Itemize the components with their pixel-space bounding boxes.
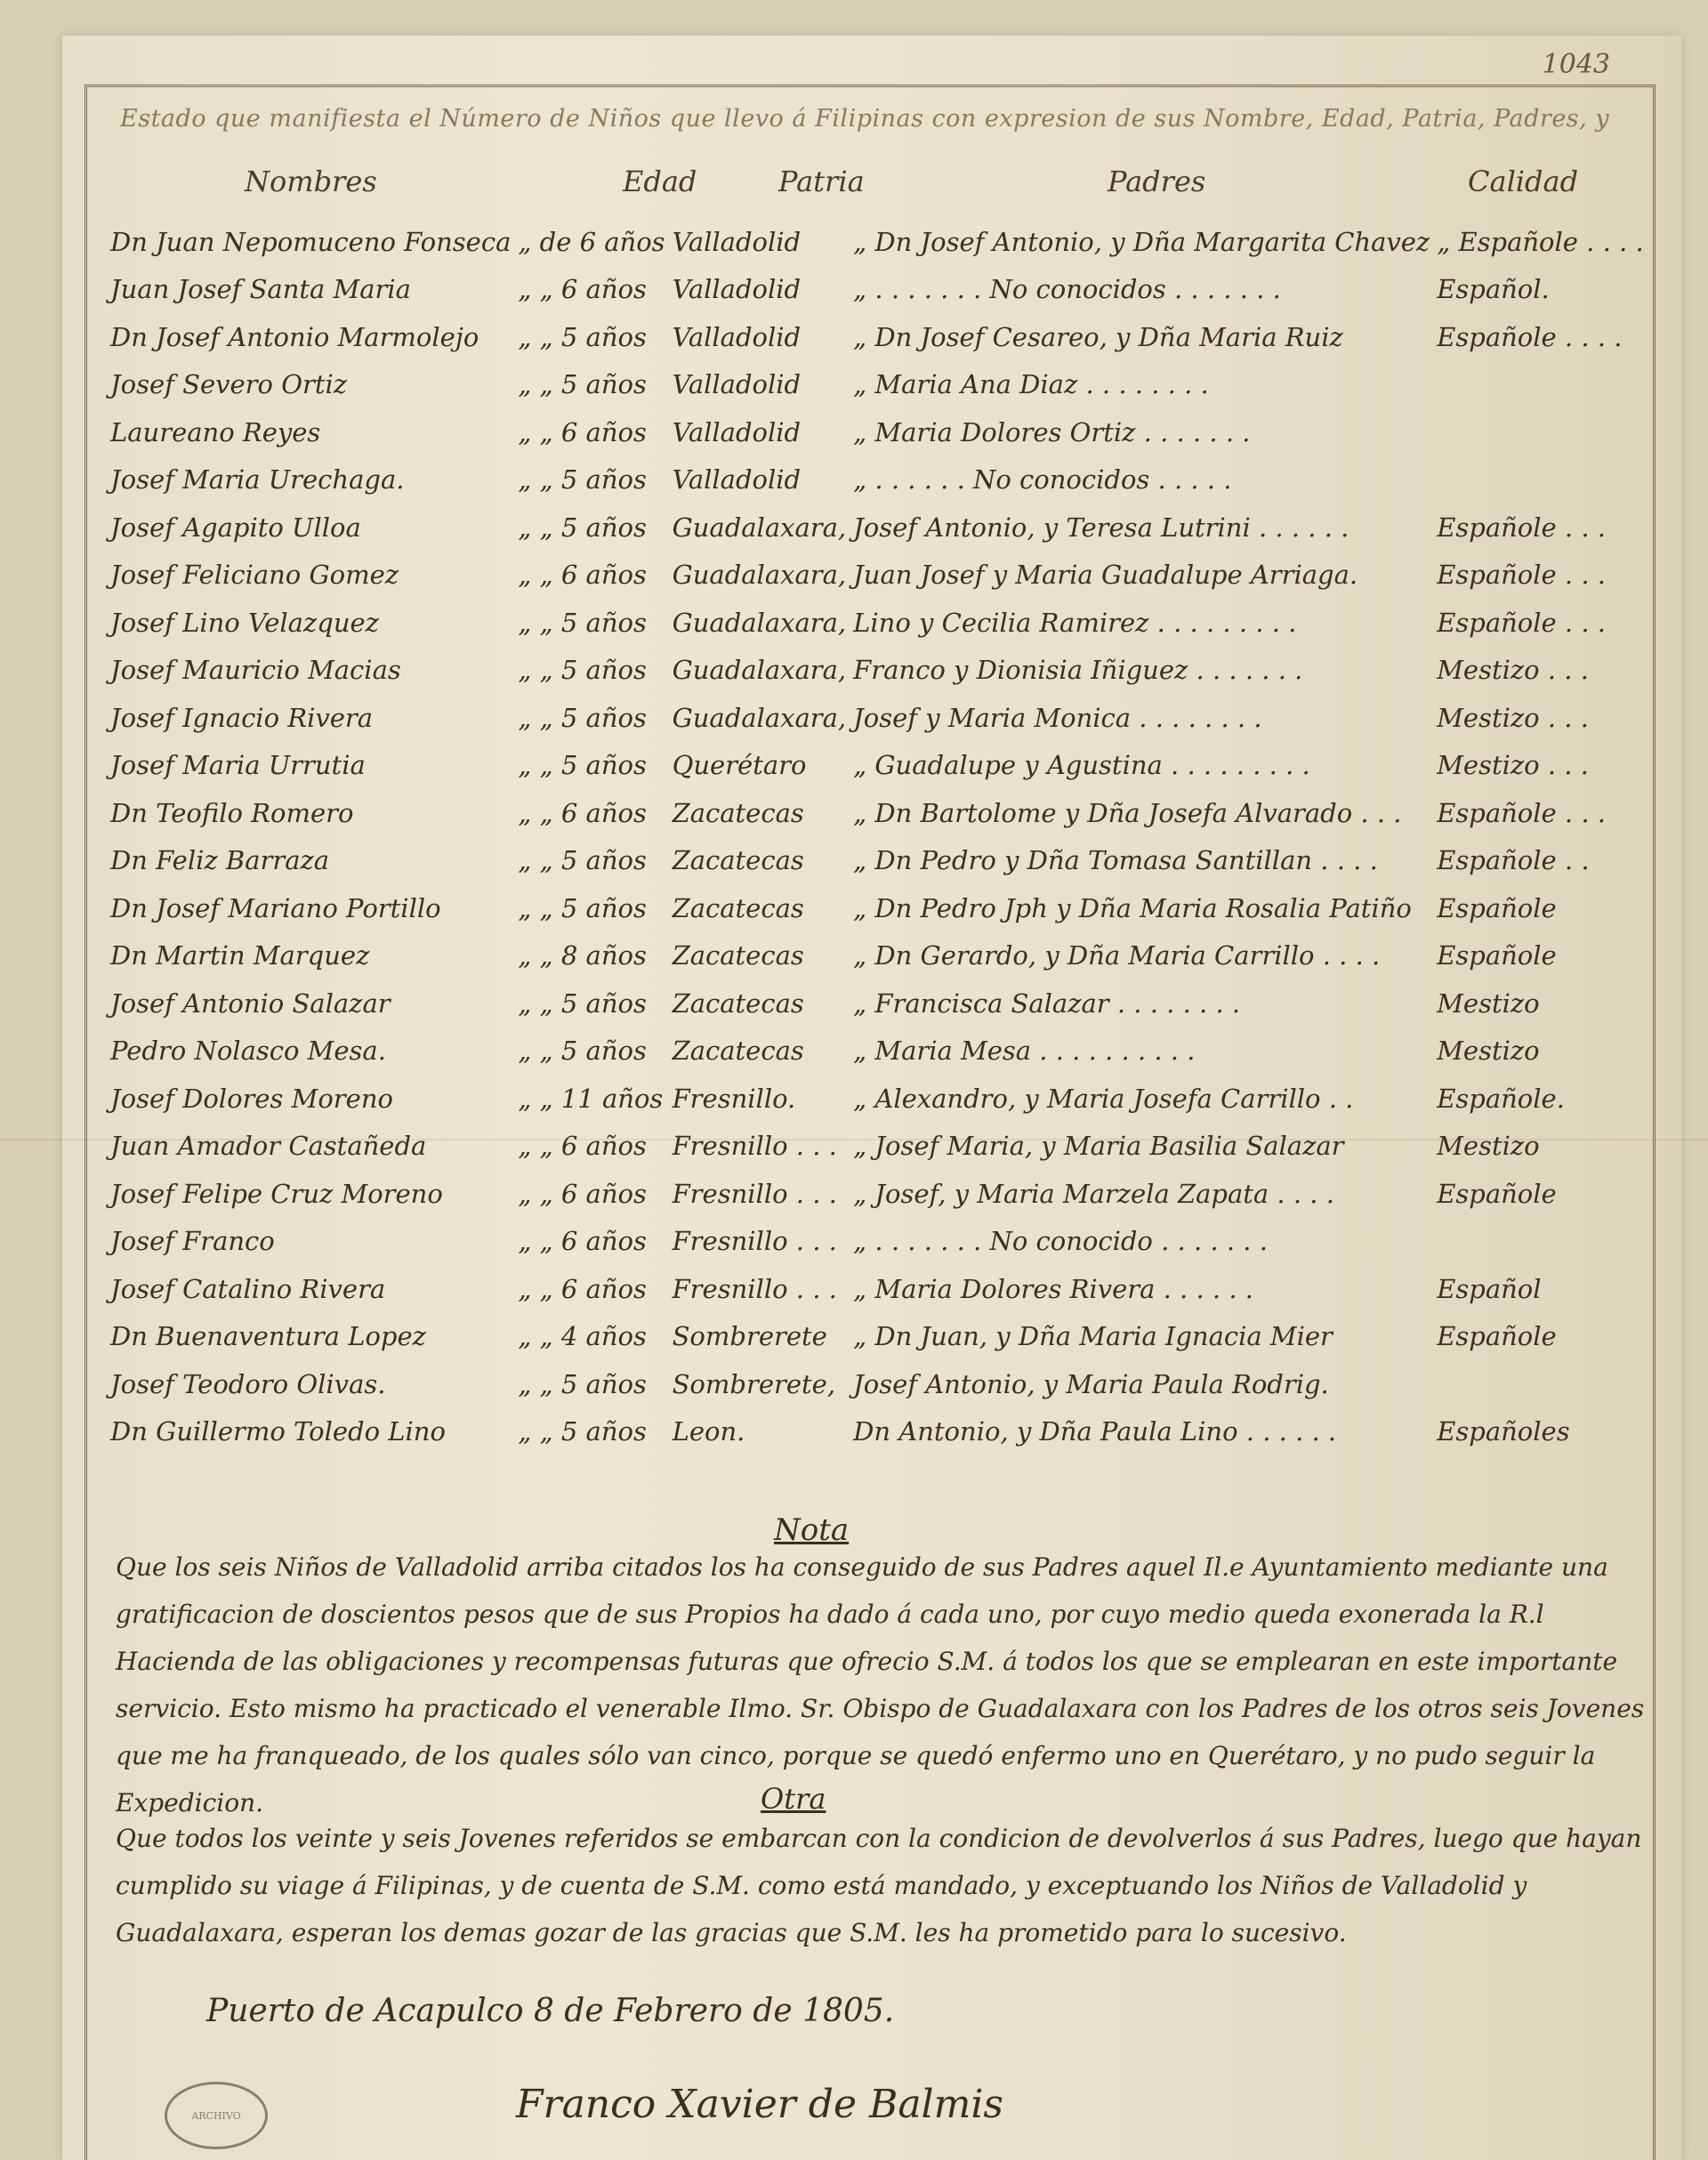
- cell-padres: „ Dn Josef Cesareo, y Dña Maria Ruiz: [850, 313, 1433, 361]
- table-row: Dn Juan Nepomuceno Fonseca„ de 6 añosVal…: [107, 218, 1648, 266]
- cell-padres: „ Josef, y Maria Marzela Zapata . . . .: [850, 1170, 1433, 1218]
- children-register-table: Dn Juan Nepomuceno Fonseca„ de 6 añosVal…: [107, 218, 1648, 1455]
- cell-calidad: [1433, 361, 1647, 409]
- cell-calidad: Españole . . .: [1433, 504, 1647, 552]
- cell-nombre: Dn Guillermo Toledo Lino: [107, 1408, 514, 1456]
- cell-patria: Zacatecas: [669, 837, 850, 885]
- cell-edad: „ „ 5 años: [514, 1028, 668, 1076]
- cell-nombre: Josef Franco: [107, 1218, 514, 1266]
- cell-patria: Guadalaxara,: [669, 504, 850, 552]
- cell-nombre: Dn Buenaventura Lopez: [107, 1313, 514, 1361]
- cell-padres: „ Josef Maria, y Maria Basilia Salazar: [850, 1123, 1433, 1171]
- table-row: Dn Josef Mariano Portillo„ „ 5 añosZacat…: [107, 884, 1648, 932]
- cell-nombre: Josef Maria Urechaga.: [107, 456, 514, 504]
- cell-calidad: Españole: [1433, 932, 1647, 980]
- cell-nombre: Josef Felipe Cruz Moreno: [107, 1170, 514, 1218]
- cell-calidad: Español: [1433, 1265, 1647, 1313]
- cell-padres: „ Dn Juan, y Dña Maria Ignacia Mier: [850, 1313, 1433, 1361]
- cell-edad: „ „ 6 años: [514, 552, 668, 600]
- table-row: Juan Amador Castañeda„ „ 6 añosFresnillo…: [107, 1123, 1648, 1171]
- cell-nombre: Josef Maria Urrutia: [107, 742, 514, 790]
- cell-patria: Valladolid: [669, 408, 850, 456]
- otra-text: Que todos los veinte y seis Jovenes refe…: [116, 1815, 1646, 1956]
- cell-nombre: Josef Feliciano Gomez: [107, 552, 514, 600]
- cell-patria: Fresnillo . . .: [669, 1265, 850, 1313]
- table-row: Dn Buenaventura Lopez„ „ 4 añosSombreret…: [107, 1313, 1648, 1361]
- cell-patria: Fresnillo . . .: [669, 1170, 850, 1218]
- cell-nombre: Josef Agapito Ulloa: [107, 504, 514, 552]
- cell-calidad: Españole . . .: [1433, 599, 1647, 647]
- cell-nombre: Josef Dolores Moreno: [107, 1075, 514, 1123]
- table-row: Dn Teofilo Romero„ „ 6 añosZacatecas„ Dn…: [107, 789, 1648, 837]
- cell-padres: „ Dn Bartolome y Dña Josefa Alvarado . .…: [850, 789, 1433, 837]
- cell-nombre: Dn Juan Nepomuceno Fonseca: [107, 218, 514, 266]
- table-row: Josef Feliciano Gomez„ „ 6 añosGuadalaxa…: [107, 552, 1648, 600]
- cell-padres: Josef Antonio, y Teresa Lutrini . . . . …: [850, 504, 1433, 552]
- cell-edad: „ „ 8 años: [514, 932, 668, 980]
- page-number: 1043: [1543, 49, 1610, 80]
- cell-patria: Valladolid: [669, 218, 850, 266]
- cell-patria: Guadalaxara,: [669, 694, 850, 742]
- cell-nombre: Dn Feliz Barraza: [107, 837, 514, 885]
- cell-padres: Josef Antonio, y Maria Paula Rodrig.: [850, 1360, 1433, 1408]
- cell-calidad: Españole: [1433, 1313, 1647, 1361]
- cell-edad: „ „ 5 años: [514, 647, 668, 695]
- cell-padres: „ Maria Dolores Rivera . . . . . .: [850, 1265, 1433, 1313]
- cell-nombre: Josef Catalino Rivera: [107, 1265, 514, 1313]
- table-row: Josef Teodoro Olivas.„ „ 5 añosSombreret…: [107, 1360, 1648, 1408]
- column-header-edad: Edad: [623, 165, 697, 198]
- cell-edad: „ „ 6 años: [514, 408, 668, 456]
- cell-calidad: Españole . . .: [1433, 552, 1647, 600]
- cell-padres: Lino y Cecilia Ramirez . . . . . . . . .: [850, 599, 1433, 647]
- cell-edad: „ „ 6 años: [514, 266, 668, 314]
- cell-patria: Fresnillo.: [669, 1075, 850, 1123]
- cell-nombre: Josef Teodoro Olivas.: [107, 1360, 514, 1408]
- cell-calidad: Mestizo . . .: [1433, 694, 1647, 742]
- cell-patria: Zacatecas: [669, 932, 850, 980]
- cell-patria: Zacatecas: [669, 884, 850, 932]
- cell-nombre: Dn Martin Marquez: [107, 932, 514, 980]
- table-row: Josef Dolores Moreno„ „ 11 añosFresnillo…: [107, 1075, 1648, 1123]
- cell-padres: „ Dn Gerardo, y Dña Maria Carrillo . . .…: [850, 932, 1433, 980]
- otra-heading: Otra: [761, 1782, 826, 1816]
- table-row: Josef Maria Urrutia„ „ 5 añosQuerétaro„ …: [107, 742, 1648, 790]
- cell-edad: „ „ 5 años: [514, 313, 668, 361]
- cell-edad: „ „ 5 años: [514, 1360, 668, 1408]
- nota-heading: Nota: [774, 1512, 849, 1548]
- cell-patria: Guadalaxara,: [669, 647, 850, 695]
- cell-nombre: Dn Josef Antonio Marmolejo: [107, 313, 514, 361]
- table-row: Josef Felipe Cruz Moreno„ „ 6 añosFresni…: [107, 1170, 1648, 1218]
- cell-patria: Fresnillo . . .: [669, 1123, 850, 1171]
- cell-padres: „ . . . . . . . No conocidos . . . . . .…: [850, 266, 1433, 314]
- cell-calidad: Españole.: [1433, 1075, 1647, 1123]
- cell-padres: „ Maria Dolores Ortiz . . . . . . .: [850, 408, 1433, 456]
- cell-patria: Fresnillo . . .: [669, 1218, 850, 1266]
- cell-padres: Franco y Dionisia Iñiguez . . . . . . .: [850, 647, 1433, 695]
- cell-padres: „ Dn Josef Antonio, y Dña Margarita Chav…: [850, 218, 1433, 266]
- column-header-nombres: Nombres: [245, 165, 377, 198]
- cell-edad: „ „ 6 años: [514, 1123, 668, 1171]
- cell-patria: Zacatecas: [669, 979, 850, 1028]
- cell-padres: „ . . . . . . . No conocido . . . . . . …: [850, 1218, 1433, 1266]
- table-row: Laureano Reyes„ „ 6 añosValladolid„ Mari…: [107, 408, 1648, 456]
- document-title: Estado que manifiesta el Número de Niños…: [120, 105, 1615, 133]
- cell-patria: Valladolid: [669, 266, 850, 314]
- table-row: Josef Maria Urechaga.„ „ 5 añosValladoli…: [107, 456, 1648, 504]
- table-row: Josef Ignacio Rivera„ „ 5 añosGuadalaxar…: [107, 694, 1648, 742]
- cell-nombre: Dn Josef Mariano Portillo: [107, 884, 514, 932]
- cell-patria: Sombrerete: [669, 1313, 850, 1361]
- column-header-patria: Patria: [778, 165, 865, 198]
- cell-calidad: Españole . . .: [1433, 789, 1647, 837]
- table-row: Dn Josef Antonio Marmolejo„ „ 5 añosVall…: [107, 313, 1648, 361]
- cell-nombre: Dn Teofilo Romero: [107, 789, 514, 837]
- cell-calidad: [1433, 1218, 1647, 1266]
- cell-padres: „ . . . . . . No conocidos . . . . .: [850, 456, 1433, 504]
- cell-patria: Guadalaxara,: [669, 599, 850, 647]
- cell-patria: Zacatecas: [669, 1028, 850, 1076]
- cell-calidad: Españoles: [1433, 1408, 1647, 1456]
- cell-patria: Leon.: [669, 1408, 850, 1456]
- cell-calidad: Españole: [1433, 1170, 1647, 1218]
- cell-calidad: [1433, 1360, 1647, 1408]
- cell-calidad: Mestizo: [1433, 1028, 1647, 1076]
- cell-nombre: Josef Lino Velazquez: [107, 599, 514, 647]
- cell-nombre: Juan Josef Santa Maria: [107, 266, 514, 314]
- nota-text: Que los seis Niños de Valladolid arriba …: [116, 1543, 1646, 1826]
- table-row: Dn Martin Marquez„ „ 8 añosZacatecas„ Dn…: [107, 932, 1648, 980]
- cell-padres: „ Dn Pedro Jph y Dña Maria Rosalia Patiñ…: [850, 884, 1433, 932]
- cell-edad: „ de 6 años: [514, 218, 668, 266]
- cell-edad: „ „ 5 años: [514, 456, 668, 504]
- table-row: Josef Severo Ortiz„ „ 5 añosValladolid„ …: [107, 361, 1648, 409]
- cell-padres: „ Francisca Salazar . . . . . . . .: [850, 979, 1433, 1028]
- table-row: Josef Agapito Ulloa„ „ 5 añosGuadalaxara…: [107, 504, 1648, 552]
- cell-edad: „ „ 5 años: [514, 694, 668, 742]
- cell-calidad: Mestizo . . .: [1433, 647, 1647, 695]
- cell-patria: Valladolid: [669, 456, 850, 504]
- cell-padres: „ Guadalupe y Agustina . . . . . . . . .: [850, 742, 1433, 790]
- signature: Franco Xavier de Balmis: [516, 2082, 1003, 2127]
- cell-padres: Juan Josef y Maria Guadalupe Arriaga.: [850, 552, 1433, 600]
- cell-edad: „ „ 6 años: [514, 1265, 668, 1313]
- cell-nombre: Josef Antonio Salazar: [107, 979, 514, 1028]
- cell-patria: Guadalaxara,: [669, 552, 850, 600]
- table-row: Josef Catalino Rivera„ „ 6 añosFresnillo…: [107, 1265, 1648, 1313]
- cell-calidad: Españole: [1433, 884, 1647, 932]
- cell-edad: „ „ 5 años: [514, 361, 668, 409]
- cell-calidad: Mestizo . . .: [1433, 742, 1647, 790]
- cell-edad: „ „ 5 años: [514, 884, 668, 932]
- column-header-padres: Padres: [1108, 165, 1205, 198]
- table-row: Pedro Nolasco Mesa.„ „ 5 añosZacatecas„ …: [107, 1028, 1648, 1076]
- cell-nombre: Josef Severo Ortiz: [107, 361, 514, 409]
- cell-calidad: Españole . .: [1433, 837, 1647, 885]
- cell-edad: „ „ 5 años: [514, 1408, 668, 1456]
- cell-padres: „ Maria Ana Diaz . . . . . . . .: [850, 361, 1433, 409]
- table-row: Josef Mauricio Macias„ „ 5 añosGuadalaxa…: [107, 647, 1648, 695]
- cell-calidad: Mestizo: [1433, 1123, 1647, 1171]
- cell-calidad: Mestizo: [1433, 979, 1647, 1028]
- cell-patria: Querétaro: [669, 742, 850, 790]
- cell-edad: „ „ 4 años: [514, 1313, 668, 1361]
- cell-calidad: Español.: [1433, 266, 1647, 314]
- table-row: Josef Lino Velazquez„ „ 5 añosGuadalaxar…: [107, 599, 1648, 647]
- table-row: Dn Guillermo Toledo Lino„ „ 5 añosLeon.D…: [107, 1408, 1648, 1456]
- cell-padres: „ Dn Pedro y Dña Tomasa Santillan . . . …: [850, 837, 1433, 885]
- cell-padres: „ Alexandro, y Maria Josefa Carrillo . .: [850, 1075, 1433, 1123]
- archive-stamp: ARCHIVO: [165, 2082, 268, 2149]
- cell-padres: Dn Antonio, y Dña Paula Lino . . . . . .: [850, 1408, 1433, 1456]
- cell-nombre: Juan Amador Castañeda: [107, 1123, 514, 1171]
- cell-patria: Zacatecas: [669, 789, 850, 837]
- cell-padres: „ Maria Mesa . . . . . . . . . .: [850, 1028, 1433, 1076]
- column-header-calidad: Calidad: [1468, 165, 1578, 198]
- cell-calidad: [1433, 408, 1647, 456]
- table-row: Juan Josef Santa Maria„ „ 6 añosValladol…: [107, 266, 1648, 314]
- cell-edad: „ „ 5 años: [514, 742, 668, 790]
- cell-nombre: Pedro Nolasco Mesa.: [107, 1028, 514, 1076]
- cell-patria: Valladolid: [669, 361, 850, 409]
- cell-nombre: Laureano Reyes: [107, 408, 514, 456]
- cell-patria: Sombrerete,: [669, 1360, 850, 1408]
- cell-edad: „ „ 6 años: [514, 1170, 668, 1218]
- place-and-date: Puerto de Acapulco 8 de Febrero de 1805.: [206, 1993, 894, 2029]
- cell-edad: „ „ 11 años: [514, 1075, 668, 1123]
- cell-patria: Valladolid: [669, 313, 850, 361]
- cell-calidad: [1433, 456, 1647, 504]
- cell-edad: „ „ 5 años: [514, 837, 668, 885]
- cell-edad: „ „ 5 años: [514, 979, 668, 1028]
- cell-edad: „ „ 5 años: [514, 504, 668, 552]
- cell-edad: „ „ 6 años: [514, 789, 668, 837]
- cell-nombre: Josef Mauricio Macias: [107, 647, 514, 695]
- table-row: Dn Feliz Barraza„ „ 5 añosZacatecas„ Dn …: [107, 837, 1648, 885]
- cell-calidad: „ Españole . . . .: [1433, 218, 1647, 266]
- cell-nombre: Josef Ignacio Rivera: [107, 694, 514, 742]
- cell-calidad: Españole . . . .: [1433, 313, 1647, 361]
- table-row: Josef Franco„ „ 6 añosFresnillo . . .„ .…: [107, 1218, 1648, 1266]
- cell-padres: Josef y Maria Monica . . . . . . . .: [850, 694, 1433, 742]
- table-row: Josef Antonio Salazar„ „ 5 añosZacatecas…: [107, 979, 1648, 1028]
- cell-edad: „ „ 5 años: [514, 599, 668, 647]
- cell-edad: „ „ 6 años: [514, 1218, 668, 1266]
